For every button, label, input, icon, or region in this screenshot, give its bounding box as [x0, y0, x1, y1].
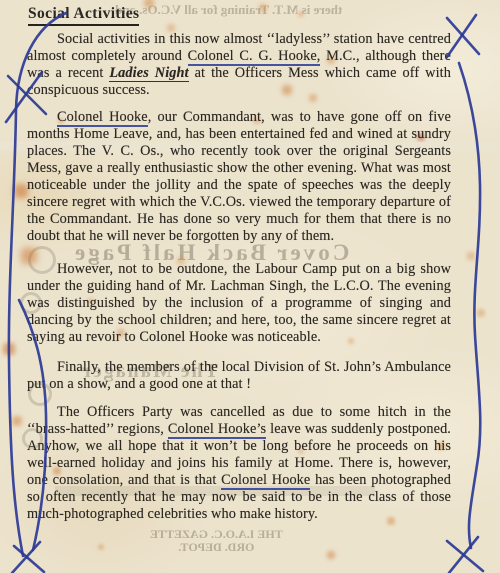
pen-underlined-text: Colonel Hooke	[57, 109, 148, 127]
bleed-through-text: THE I.A.O.C. GAZETTE ORD. DEPOT.	[150, 528, 283, 554]
emphasized-text: Ladies Night	[109, 65, 188, 82]
x-mark-bottom-left	[14, 546, 44, 572]
x-mark-bottom-left	[12, 542, 40, 573]
x-mark-top-right	[447, 15, 476, 57]
paragraph-text: Finally, the members of the local Divisi…	[27, 359, 451, 392]
paragraph-text: , our Commandant, was to have gone off o…	[27, 109, 451, 244]
bracket-line-right	[459, 63, 480, 548]
bleed-through-text: ORD. DEPOT.	[150, 541, 283, 554]
article-heading: Social Activities	[28, 5, 139, 26]
x-mark-top-right	[447, 18, 479, 54]
foxing-stains	[0, 0, 2, 2]
x-mark-bottom-right	[447, 541, 483, 571]
pen-underlined-text: Colonel C. G. Hooke,	[188, 48, 321, 66]
x-mark-bottom-right	[449, 537, 478, 573]
paragraph-text: However, not to be outdone, the Labour C…	[27, 261, 451, 345]
scanned-document-page: there is M.T. Training for all V.C.Os. a…	[0, 0, 500, 573]
bleed-through-text: THE I.A.O.C. GAZETTE	[150, 528, 283, 541]
paragraph: The Officers Party was cancelled as due …	[27, 404, 451, 523]
pen-underlined-text: Colonel Hooke	[221, 472, 310, 490]
paragraph: Colonel Hooke, our Commandant, was to ha…	[27, 109, 451, 245]
article-body: Social activities in this now almost ‘‘l…	[27, 31, 451, 523]
bleed-through-text: there is M.T. Training for all V.C.Os. a…	[115, 2, 342, 18]
paragraph: However, not to be outdone, the Labour C…	[27, 261, 451, 346]
paragraph: Finally, the members of the local Divisi…	[27, 359, 451, 393]
paragraph: Social activities in this now almost ‘‘l…	[27, 31, 451, 99]
pen-underlined-text: Colonel Hooke’s	[168, 421, 266, 439]
